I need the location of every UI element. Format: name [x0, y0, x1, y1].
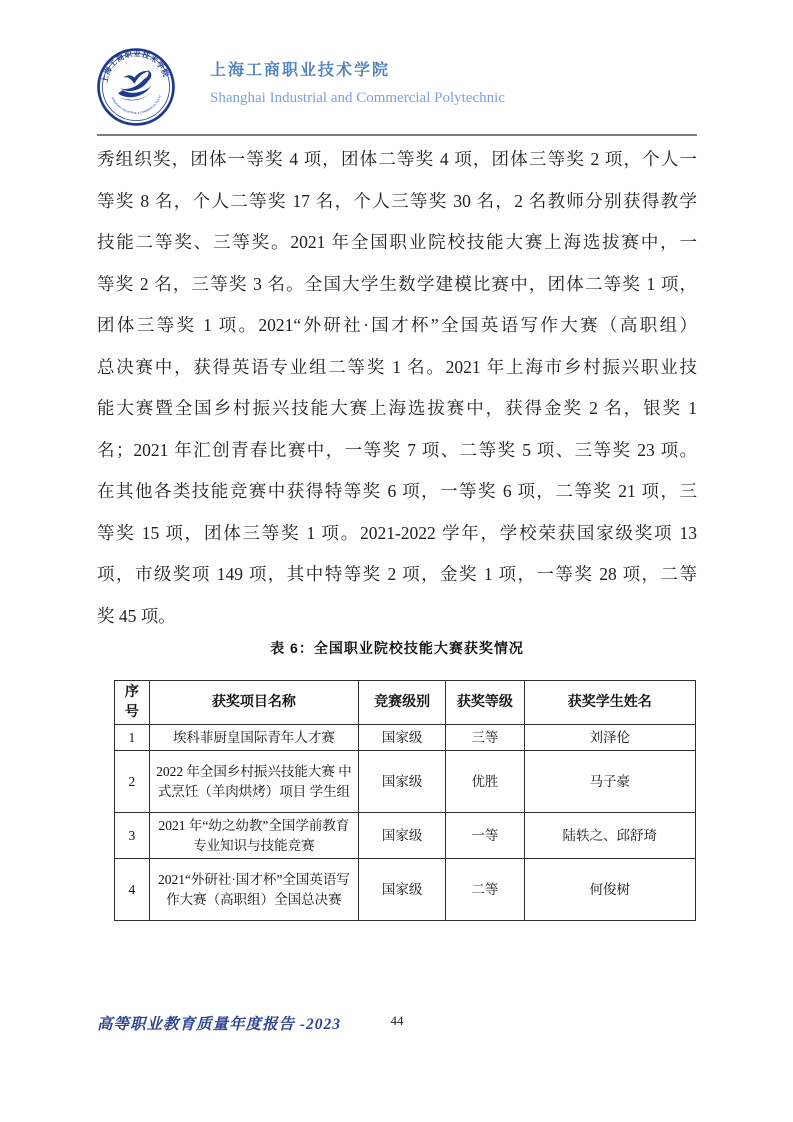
table-cell: 2022 年全国乡村振兴技能大赛 中式烹饪（羊肉烘烤）项目 学生组 [149, 751, 358, 813]
paragraph-line: 奖 45 项。 [97, 596, 697, 638]
table-cell: 4 [115, 859, 150, 921]
paragraph-line: 等奖 8 名，个人二等奖 17 名，个人三等奖 30 名，2 名教师分别获得教学 [97, 181, 697, 223]
school-logo-icon: 上海工商职业技术学院 SHANGHAI INDUSTRIAL & COMMERC… [97, 48, 175, 126]
paragraph-line: 名；2021 年汇创青春比赛中，一等奖 7 项、二等奖 5 项、三等奖 23 项… [97, 430, 697, 472]
header-divider [97, 134, 697, 136]
table-cell: 国家级 [359, 725, 446, 751]
page-header: 上海工商职业技术学院 SHANGHAI INDUSTRIAL & COMMERC… [97, 46, 697, 130]
paragraph-line: 技能二等奖、三等奖。2021 年全国职业院校技能大赛上海选拔赛中，一 [97, 222, 697, 264]
column-header-project: 获奖项目名称 [149, 681, 358, 725]
paragraph-line: 秀组织奖，团体一等奖 4 项，团体二等奖 4 项，团体三等奖 2 项，个人一 [97, 139, 697, 181]
table-caption: 表 6：全国职业院校技能大赛获奖情况 [97, 638, 697, 658]
paragraph-line: 等奖 2 名，三等奖 3 名。全国大学生数学建模比赛中，团体二等奖 1 项， [97, 264, 697, 306]
table-cell: 3 [115, 813, 150, 859]
table-row: 4 2021“外研社·国才杯”全国英语写作大赛（高职组）全国总决赛 国家级 二等… [115, 859, 696, 921]
table-cell: 二等 [446, 859, 524, 921]
paragraph-line: 项，市级奖项 149 项，其中特等奖 2 项，金奖 1 项，一等奖 28 项，二… [97, 554, 697, 596]
table-cell: 优胜 [446, 751, 524, 813]
table-cell: 国家级 [359, 859, 446, 921]
table-row: 1 埃科菲厨皇国际青年人才赛 国家级 三等 刘泽伦 [115, 725, 696, 751]
table-cell: 国家级 [359, 813, 446, 859]
table-cell: 马子豪 [524, 751, 695, 813]
body-paragraph: 秀组织奖，团体一等奖 4 项，团体二等奖 4 项，团体三等奖 2 项，个人一 等… [97, 139, 697, 637]
awards-table: 序号 获奖项目名称 竞赛级别 获奖等级 获奖学生姓名 1 埃科菲厨皇国际青年人才… [114, 680, 696, 921]
table-cell: 国家级 [359, 751, 446, 813]
table-cell: 1 [115, 725, 150, 751]
table-cell: 刘泽伦 [524, 725, 695, 751]
paragraph-line: 总决赛中，获得英语专业组二等奖 1 名。2021 年上海市乡村振兴职业技 [97, 347, 697, 389]
document-page: 上海工商职业技术学院 SHANGHAI INDUSTRIAL & COMMERC… [0, 0, 793, 1122]
table-cell: 埃科菲厨皇国际青年人才赛 [149, 725, 358, 751]
paragraph-line: 能大赛暨全国乡村振兴技能大赛上海选拔赛中，获得金奖 2 名，银奖 1 [97, 388, 697, 430]
column-header-student: 获奖学生姓名 [524, 681, 695, 725]
page-footer: 44 高等职业教育质量年度报告 -2023 [97, 1012, 697, 1038]
table-cell: 2 [115, 751, 150, 813]
table-row: 2 2022 年全国乡村振兴技能大赛 中式烹饪（羊肉烘烤）项目 学生组 国家级 … [115, 751, 696, 813]
column-header-index: 序号 [115, 681, 150, 725]
table-header-row: 序号 获奖项目名称 竞赛级别 获奖等级 获奖学生姓名 [115, 681, 696, 725]
paragraph-line: 团体三等奖 1 项。2021“外研社·国才杯”全国英语写作大赛（高职组） [97, 305, 697, 347]
table-cell: 三等 [446, 725, 524, 751]
table-cell: 何俊树 [524, 859, 695, 921]
table-cell: 2021 年“幼之幼教”全国学前教育专业知识与技能竞赛 [149, 813, 358, 859]
table-row: 3 2021 年“幼之幼教”全国学前教育专业知识与技能竞赛 国家级 一等 陆轶之… [115, 813, 696, 859]
paragraph-line: 等奖 15 项，团体三等奖 1 项。2021-2022 学年，学校荣获国家级奖项… [97, 513, 697, 555]
paragraph-line: 在其他各类技能竞赛中获得特等奖 6 项，一等奖 6 项，二等奖 21 项，三 [97, 471, 697, 513]
footer-report-title: 高等职业教育质量年度报告 -2023 [97, 1012, 341, 1034]
table-cell: 2021“外研社·国才杯”全国英语写作大赛（高职组）全国总决赛 [149, 859, 358, 921]
school-name-zh: 上海工商职业技术学院 [210, 58, 690, 84]
column-header-level: 竞赛级别 [359, 681, 446, 725]
school-name-en: Shanghai Industrial and Commercial Polyt… [210, 84, 690, 112]
column-header-grade: 获奖等级 [446, 681, 524, 725]
school-name-block: 上海工商职业技术学院 Shanghai Industrial and Comme… [210, 58, 690, 112]
table-cell: 一等 [446, 813, 524, 859]
table-cell: 陆轶之、邱舒琦 [524, 813, 695, 859]
